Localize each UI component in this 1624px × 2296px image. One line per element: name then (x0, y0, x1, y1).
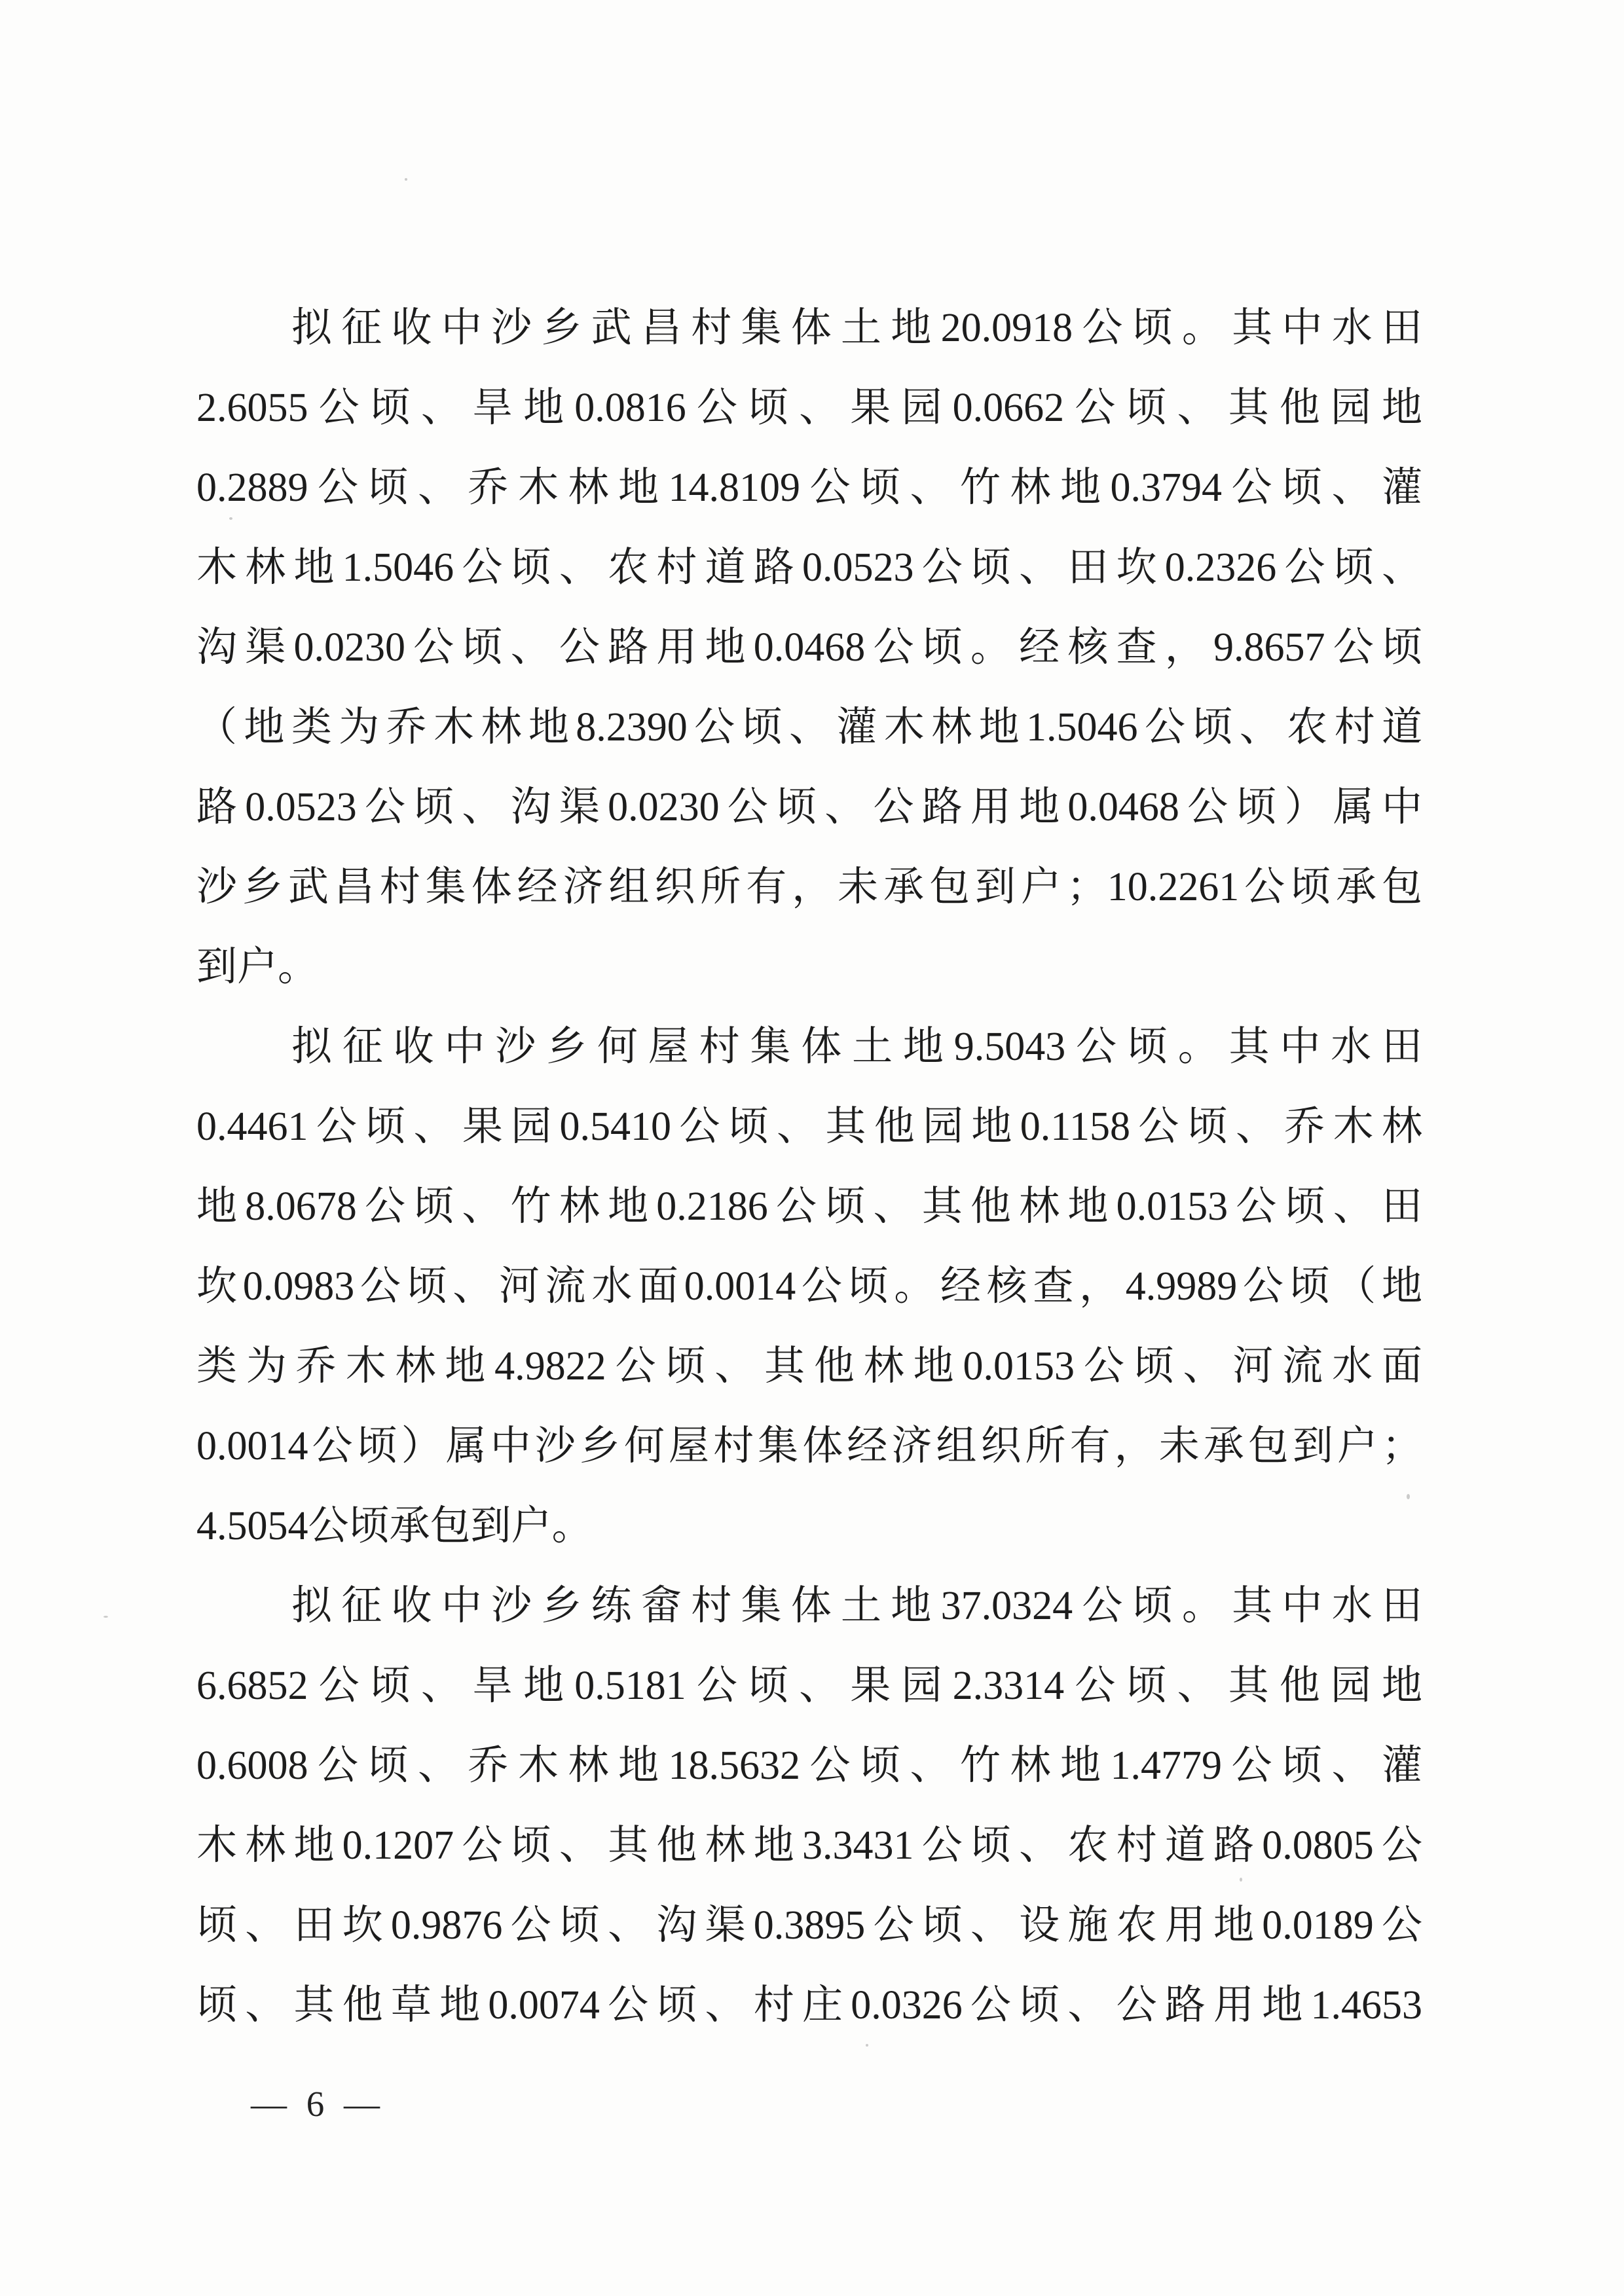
text-line: （地类为乔木林地8.2390公顷、灌木林地1.5046公顷、农村道 (196, 687, 1422, 767)
text-line: 2.6055公顷、旱地0.0816公顷、果园0.0662公顷、其他园地 (196, 368, 1422, 448)
text-line: 沙乡武昌村集体经济组织所有，未承包到户；10.2261公顷承包 (196, 847, 1422, 927)
scan-speckle (103, 1616, 108, 1618)
text-line: 0.4461公顷、果园0.5410公顷、其他园地0.1158公顷、乔木林 (196, 1087, 1422, 1167)
text-line: 拟征收中沙乡武昌村集体土地20.0918公顷。其中水田 (196, 288, 1422, 368)
scan-speckle (1407, 1494, 1410, 1499)
text-line: 木林地1.5046公顷、农村道路0.0523公顷、田坎0.2326公顷、 (196, 528, 1422, 608)
paragraph-hewu-village: 拟征收中沙乡何屋村集体土地9.5043公顷。其中水田 0.4461公顷、果园0.… (196, 1007, 1422, 1566)
text-line: 0.6008公顷、乔木林地18.5632公顷、竹林地1.4779公顷、灌 (196, 1726, 1422, 1806)
text-line: 4.5054公顷承包到户。 (196, 1486, 1422, 1566)
text-line: 拟征收中沙乡练畲村集体土地37.0324公顷。其中水田 (196, 1566, 1422, 1646)
text-line: 0.0014公顷）属中沙乡何屋村集体经济组织所有，未承包到户； (196, 1406, 1422, 1486)
text-line: 顷、其他草地0.0074公顷、村庄0.0326公顷、公路用地1.4653 (196, 1965, 1422, 2045)
text-line: 沟渠0.0230公顷、公路用地0.0468公顷。经核查，9.8657公顷 (196, 608, 1422, 687)
paragraph-lianshe-village: 拟征收中沙乡练畲村集体土地37.0324公顷。其中水田 6.6852公顷、旱地0… (196, 1566, 1422, 2045)
scan-speckle (405, 178, 407, 181)
document-body: 拟征收中沙乡武昌村集体土地20.0918公顷。其中水田 2.6055公顷、旱地0… (196, 288, 1422, 2045)
text-line: 木林地0.1207公顷、其他林地3.3431公顷、农村道路0.0805公 (196, 1806, 1422, 1886)
text-line: 0.2889公顷、乔木林地14.8109公顷、竹林地0.3794公顷、灌 (196, 448, 1422, 528)
document-page: 拟征收中沙乡武昌村集体土地20.0918公顷。其中水田 2.6055公顷、旱地0… (0, 0, 1624, 2296)
scan-speckle (1240, 1878, 1242, 1882)
text-line: 顷、田坎0.9876公顷、沟渠0.3895公顷、设施农用地0.0189公 (196, 1886, 1422, 1965)
text-line: 坎0.0983公顷、河流水面0.0014公顷。经核查，4.9989公顷（地 (196, 1247, 1422, 1326)
text-line: 到户。 (196, 927, 1422, 1007)
page-number: — 6 — (251, 2083, 385, 2124)
text-line: 类为乔木林地4.9822公顷、其他林地0.0153公顷、河流水面 (196, 1326, 1422, 1406)
text-line: 拟征收中沙乡何屋村集体土地9.5043公顷。其中水田 (196, 1007, 1422, 1087)
paragraph-wuchang-village: 拟征收中沙乡武昌村集体土地20.0918公顷。其中水田 2.6055公顷、旱地0… (196, 288, 1422, 1007)
text-line: 6.6852公顷、旱地0.5181公顷、果园2.3314公顷、其他园地 (196, 1646, 1422, 1726)
text-line: 路0.0523公顷、沟渠0.0230公顷、公路用地0.0468公顷）属中 (196, 767, 1422, 847)
scan-speckle (229, 517, 232, 520)
scan-speckle (866, 2044, 868, 2047)
text-line: 地8.0678公顷、竹林地0.2186公顷、其他林地0.0153公顷、田 (196, 1167, 1422, 1247)
